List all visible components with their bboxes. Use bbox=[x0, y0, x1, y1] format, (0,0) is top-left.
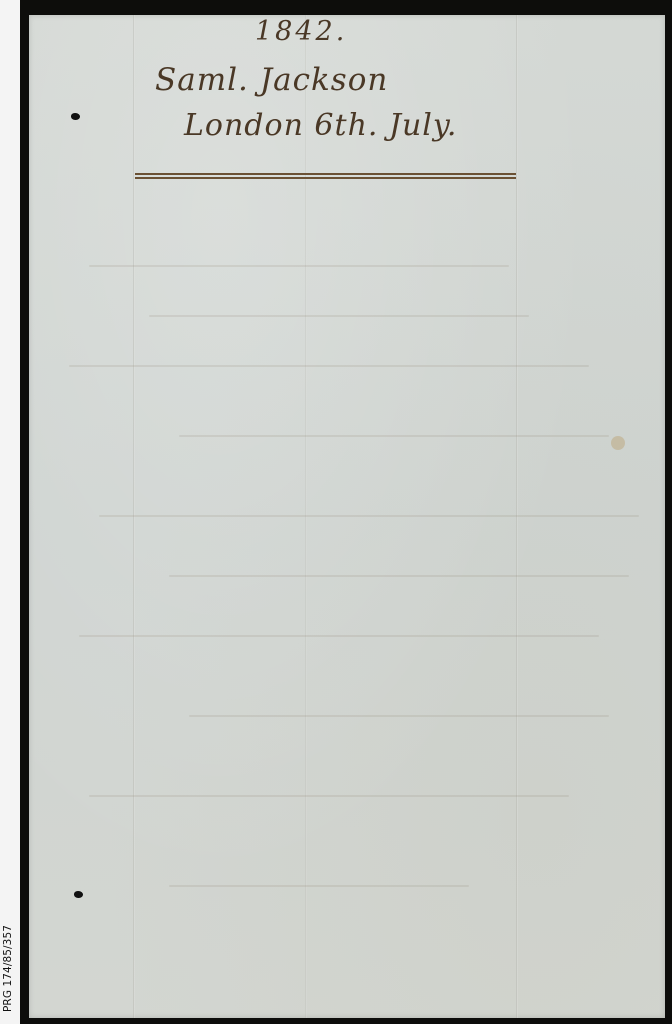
punch-hole-bottom bbox=[74, 891, 83, 898]
show-through-ink bbox=[89, 265, 509, 267]
docket-place-date: London 6th. July. bbox=[184, 108, 457, 143]
show-through-ink bbox=[69, 365, 589, 367]
letter-page bbox=[29, 15, 665, 1018]
ink-stain bbox=[611, 436, 625, 450]
show-through-ink bbox=[89, 795, 569, 797]
show-through-ink bbox=[169, 575, 629, 577]
show-through-ink bbox=[149, 315, 529, 317]
show-through-ink bbox=[79, 635, 599, 637]
header-rule-top bbox=[135, 173, 516, 175]
docket-sender-name: Saml. Jackson bbox=[155, 62, 388, 98]
show-through-ink bbox=[189, 715, 609, 717]
show-through-ink bbox=[179, 435, 609, 437]
side-margin: PRG 174/85/357 bbox=[0, 0, 20, 1024]
punch-hole-top bbox=[71, 113, 80, 120]
show-through-ink bbox=[169, 885, 469, 887]
call-number-label: PRG 174/85/357 bbox=[2, 925, 14, 1012]
show-through-ink bbox=[99, 515, 639, 517]
docket-year: 1842. bbox=[255, 16, 347, 47]
header-rule-bottom bbox=[135, 177, 516, 179]
